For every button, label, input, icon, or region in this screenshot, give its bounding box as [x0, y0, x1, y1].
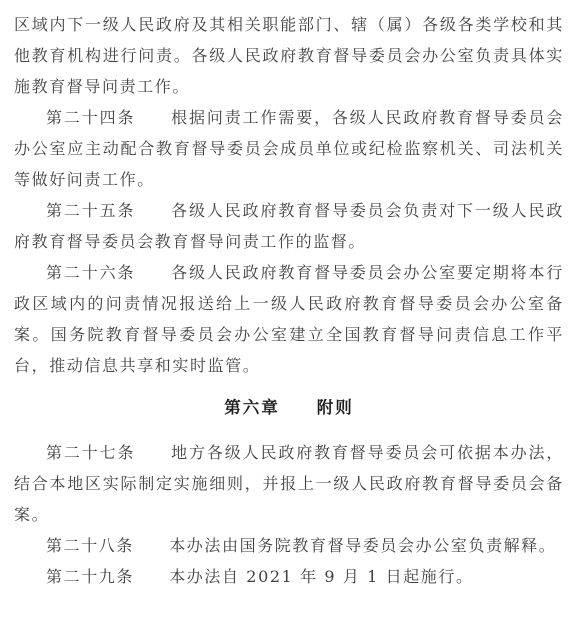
article-28-paragraph: 第二十八条 本办法由国务院教育督导委员会办公室负责解释。: [14, 530, 564, 561]
article-24-paragraph: 第二十四条 根据问责工作需要，各级人民政府教育督导委员会办公室应主动配合教育督导…: [14, 102, 564, 195]
chapter-6-heading: 第六章 附则: [14, 392, 564, 423]
article-29-paragraph: 第二十九条 本办法自 2021 年 9 月 1 日起施行。: [14, 561, 564, 592]
continued-paragraph: 区域内下一级人民政府及其相关职能部门、辖（属）各级各类学校和其他教育机构进行问责…: [14, 9, 564, 102]
article-27-paragraph: 第二十七条 地方各级人民政府教育督导委员会可依据本办法，结合本地区实际制定实施细…: [14, 437, 564, 530]
document-page: 区域内下一级人民政府及其相关职能部门、辖（属）各级各类学校和其他教育机构进行问责…: [0, 0, 577, 641]
article-26-paragraph: 第二十六条 各级人民政府教育督导委员会办公室要定期将本行政区域内的问责情况报送给…: [14, 257, 564, 381]
article-25-paragraph: 第二十五条 各级人民政府教育督导委员会负责对下一级人民政府教育督导委员会教育督导…: [14, 195, 564, 257]
